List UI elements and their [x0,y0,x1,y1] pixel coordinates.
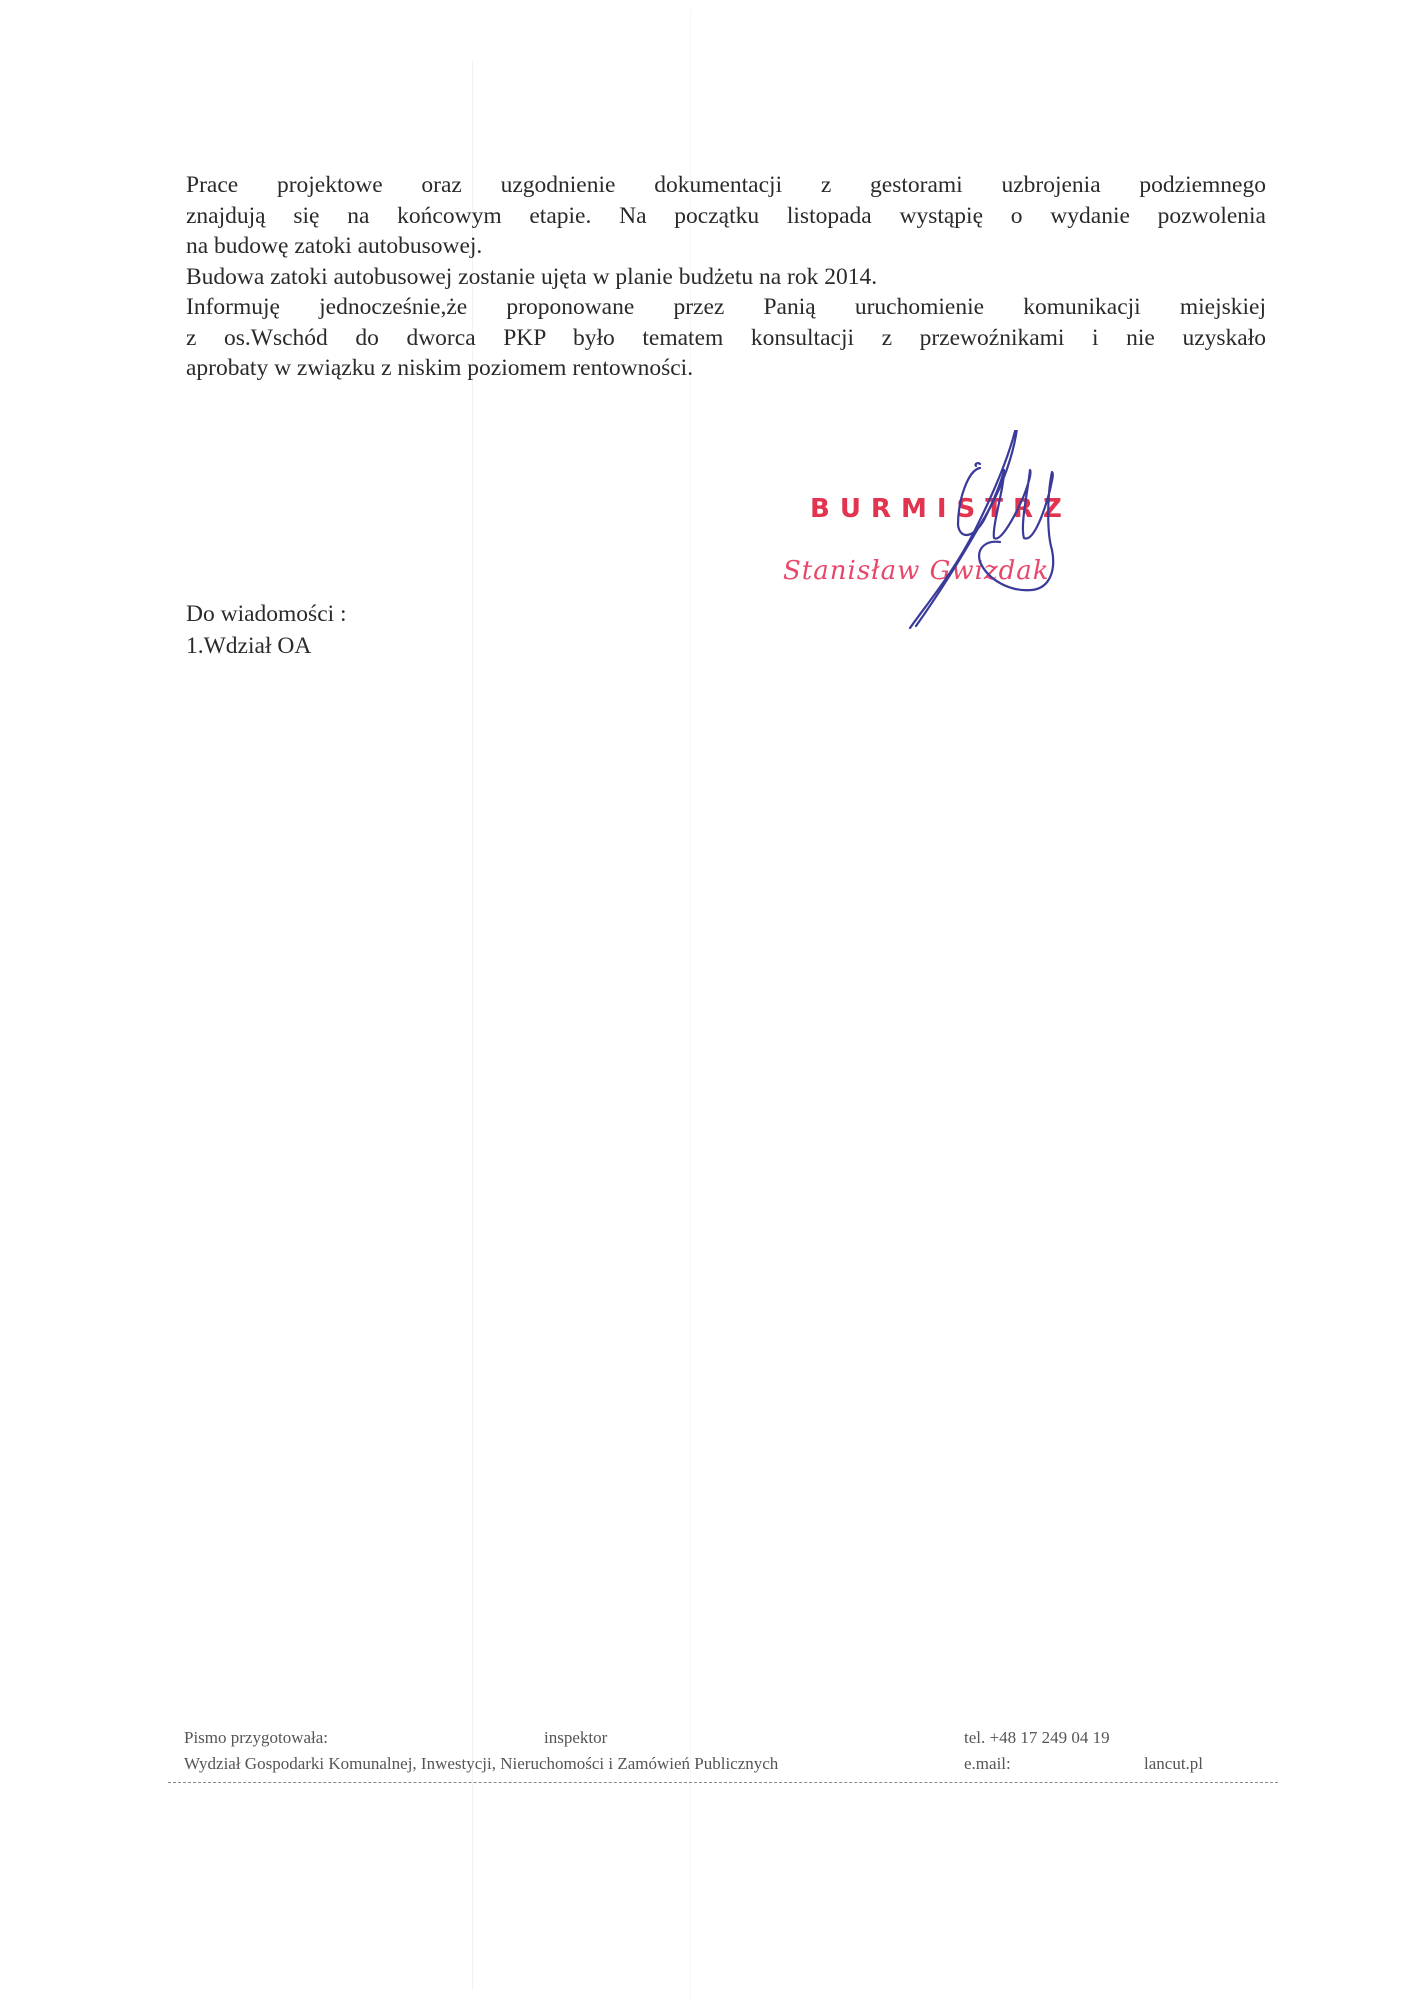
body-line: na budowę zatoki autobusowej. [186,231,1266,262]
prepared-by-label: Pismo przygotowała: [184,1728,328,1748]
handwritten-signature [780,430,1100,630]
body-line: Informuję jednocześnie,że proponowane pr… [186,292,1266,323]
body-line: aprobaty w związku z niskim poziomem ren… [186,353,1266,384]
letter-footer: Pismo przygotowała: inspektor tel. +48 1… [184,1728,1284,1780]
cc-item: 1.Wdział OA [186,630,347,662]
email-label: e.mail: [964,1754,1011,1774]
body-line: z os.Wschód do dworca PKP było tematem k… [186,323,1266,354]
carbon-copy-section: Do wiadomości : 1.Wdział OA [186,598,347,662]
email-domain: lancut.pl [1144,1754,1203,1774]
cc-heading: Do wiadomości : [186,598,347,630]
body-line: znajdują się na końcowym etapie. Na pocz… [186,201,1266,232]
preparer-position: inspektor [544,1728,607,1748]
footer-divider [168,1782,1278,1784]
phone-number: tel. +48 17 249 04 19 [964,1728,1110,1748]
letter-page: Prace projektowe oraz uzgodnienie dokume… [0,0,1414,2000]
mayor-stamp: BURMISTRZ Stanisław Gwizdak [780,430,1100,630]
department-name: Wydział Gospodarki Komunalnej, Inwestycj… [184,1754,778,1774]
letter-body: Prace projektowe oraz uzgodnienie dokume… [186,170,1266,384]
body-line: Prace projektowe oraz uzgodnienie dokume… [186,170,1266,201]
body-line: Budowa zatoki autobusowej zostanie ujęta… [186,262,1266,293]
